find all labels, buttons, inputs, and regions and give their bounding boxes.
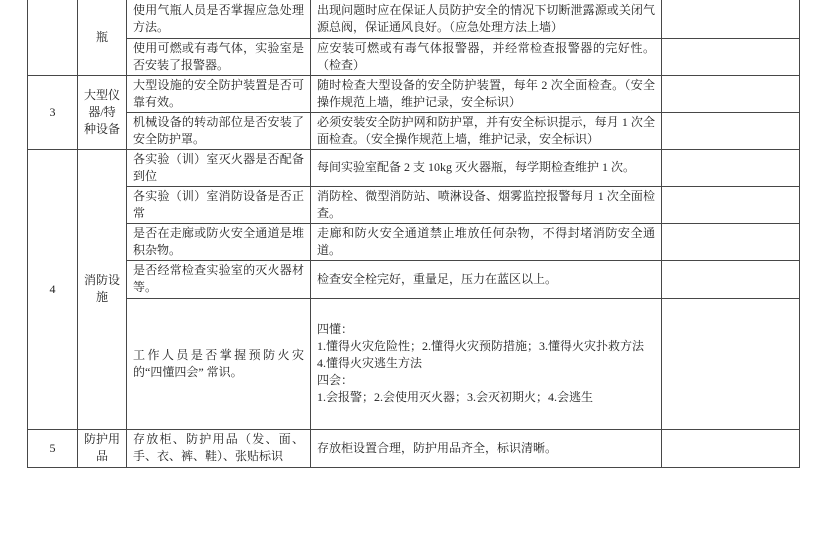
check-item-cell: 大型设施的安全防护装置是否可靠有效。: [127, 75, 311, 112]
category-cell: 大型仪器/特种设备: [78, 75, 127, 149]
row-number-cell: 3: [28, 75, 78, 149]
category-cell: 防护用品: [78, 429, 127, 467]
check-standard-cell: 存放柜设置合理，防护用品齐全，标识清晰。: [311, 429, 662, 467]
check-item-cell: 工作人员是否掌握预防火灾的“四懂四会” 常识。: [127, 298, 311, 429]
result-cell: [662, 149, 800, 186]
check-standard-cell: 随时检查大型设备的安全防护装置，每年 2 次全面检查。（安全操作规范上墙，维护记…: [311, 75, 662, 112]
check-item-cell: 是否在走廊或防火安全通道是堆积杂物。: [127, 223, 311, 260]
check-item-cell: 各实验（训）室消防设备是否正常: [127, 186, 311, 223]
check-standard-cell: 出现问题时应在保证人员防护安全的情况下切断泄露源或关闭气源总阀，保证通风良好。（…: [311, 0, 662, 38]
safety-checklist-table: 瓶 使用气瓶人员是否掌握应急处理方法。 出现问题时应在保证人员防护安全的情况下切…: [27, 0, 800, 468]
result-cell: [662, 429, 800, 467]
check-standard-cell: 消防栓、微型消防站、喷淋设备、烟雾监控报警每月 1 次全面检查。: [311, 186, 662, 223]
result-cell: [662, 298, 800, 429]
check-item-cell: 使用可燃或有毒气体，实验室是否安装了报警器。: [127, 38, 311, 75]
check-standard-cell: 检查安全栓完好，重量足，压力在蓝区以上。: [311, 260, 662, 298]
result-cell: [662, 75, 800, 112]
row-number-cell: 5: [28, 429, 78, 467]
check-item-cell: 机械设备的转动部位是否安装了安全防护罩。: [127, 112, 311, 149]
row-number-cell: [28, 0, 78, 75]
check-item-cell: 是否经常检查实验室的灭火器材等。: [127, 260, 311, 298]
result-cell: [662, 223, 800, 260]
result-cell: [662, 186, 800, 223]
check-standard-cell: 每间实验室配备 2 支 10kg 灭火器瓶，每学期检查维护 1 次。: [311, 149, 662, 186]
check-item-cell: 存放柜、防护用品（发、面、手、衣、裤、鞋）、张贴标识: [127, 429, 311, 467]
check-standard-cell: 四懂： 1.懂得火灾危险性；2.懂得火灾预防措施；3.懂得火灾扑救方法 4.懂得…: [311, 298, 662, 429]
check-standard-cell: 走廊和防火安全通道禁止堆放任何杂物，不得封堵消防安全通道。: [311, 223, 662, 260]
result-cell: [662, 0, 800, 38]
check-standard-cell: 必须安装安全防护网和防护罩，并有安全标识提示，每月 1 次全面检查。（安全操作规…: [311, 112, 662, 149]
row-number-cell: 4: [28, 149, 78, 429]
check-standard-cell: 应安装可燃或有毒气体报警器，并经常检查报警器的完好性。（检查）: [311, 38, 662, 75]
category-cell: 瓶: [78, 0, 127, 75]
result-cell: [662, 260, 800, 298]
result-cell: [662, 38, 800, 75]
check-item-cell: 使用气瓶人员是否掌握应急处理方法。: [127, 0, 311, 38]
category-cell: 消防设施: [78, 149, 127, 429]
check-item-cell: 各实验（训）室灭火器是否配备到位: [127, 149, 311, 186]
result-cell: [662, 112, 800, 149]
document-page: 瓶 使用气瓶人员是否掌握应急处理方法。 出现问题时应在保证人员防护安全的情况下切…: [0, 0, 835, 548]
